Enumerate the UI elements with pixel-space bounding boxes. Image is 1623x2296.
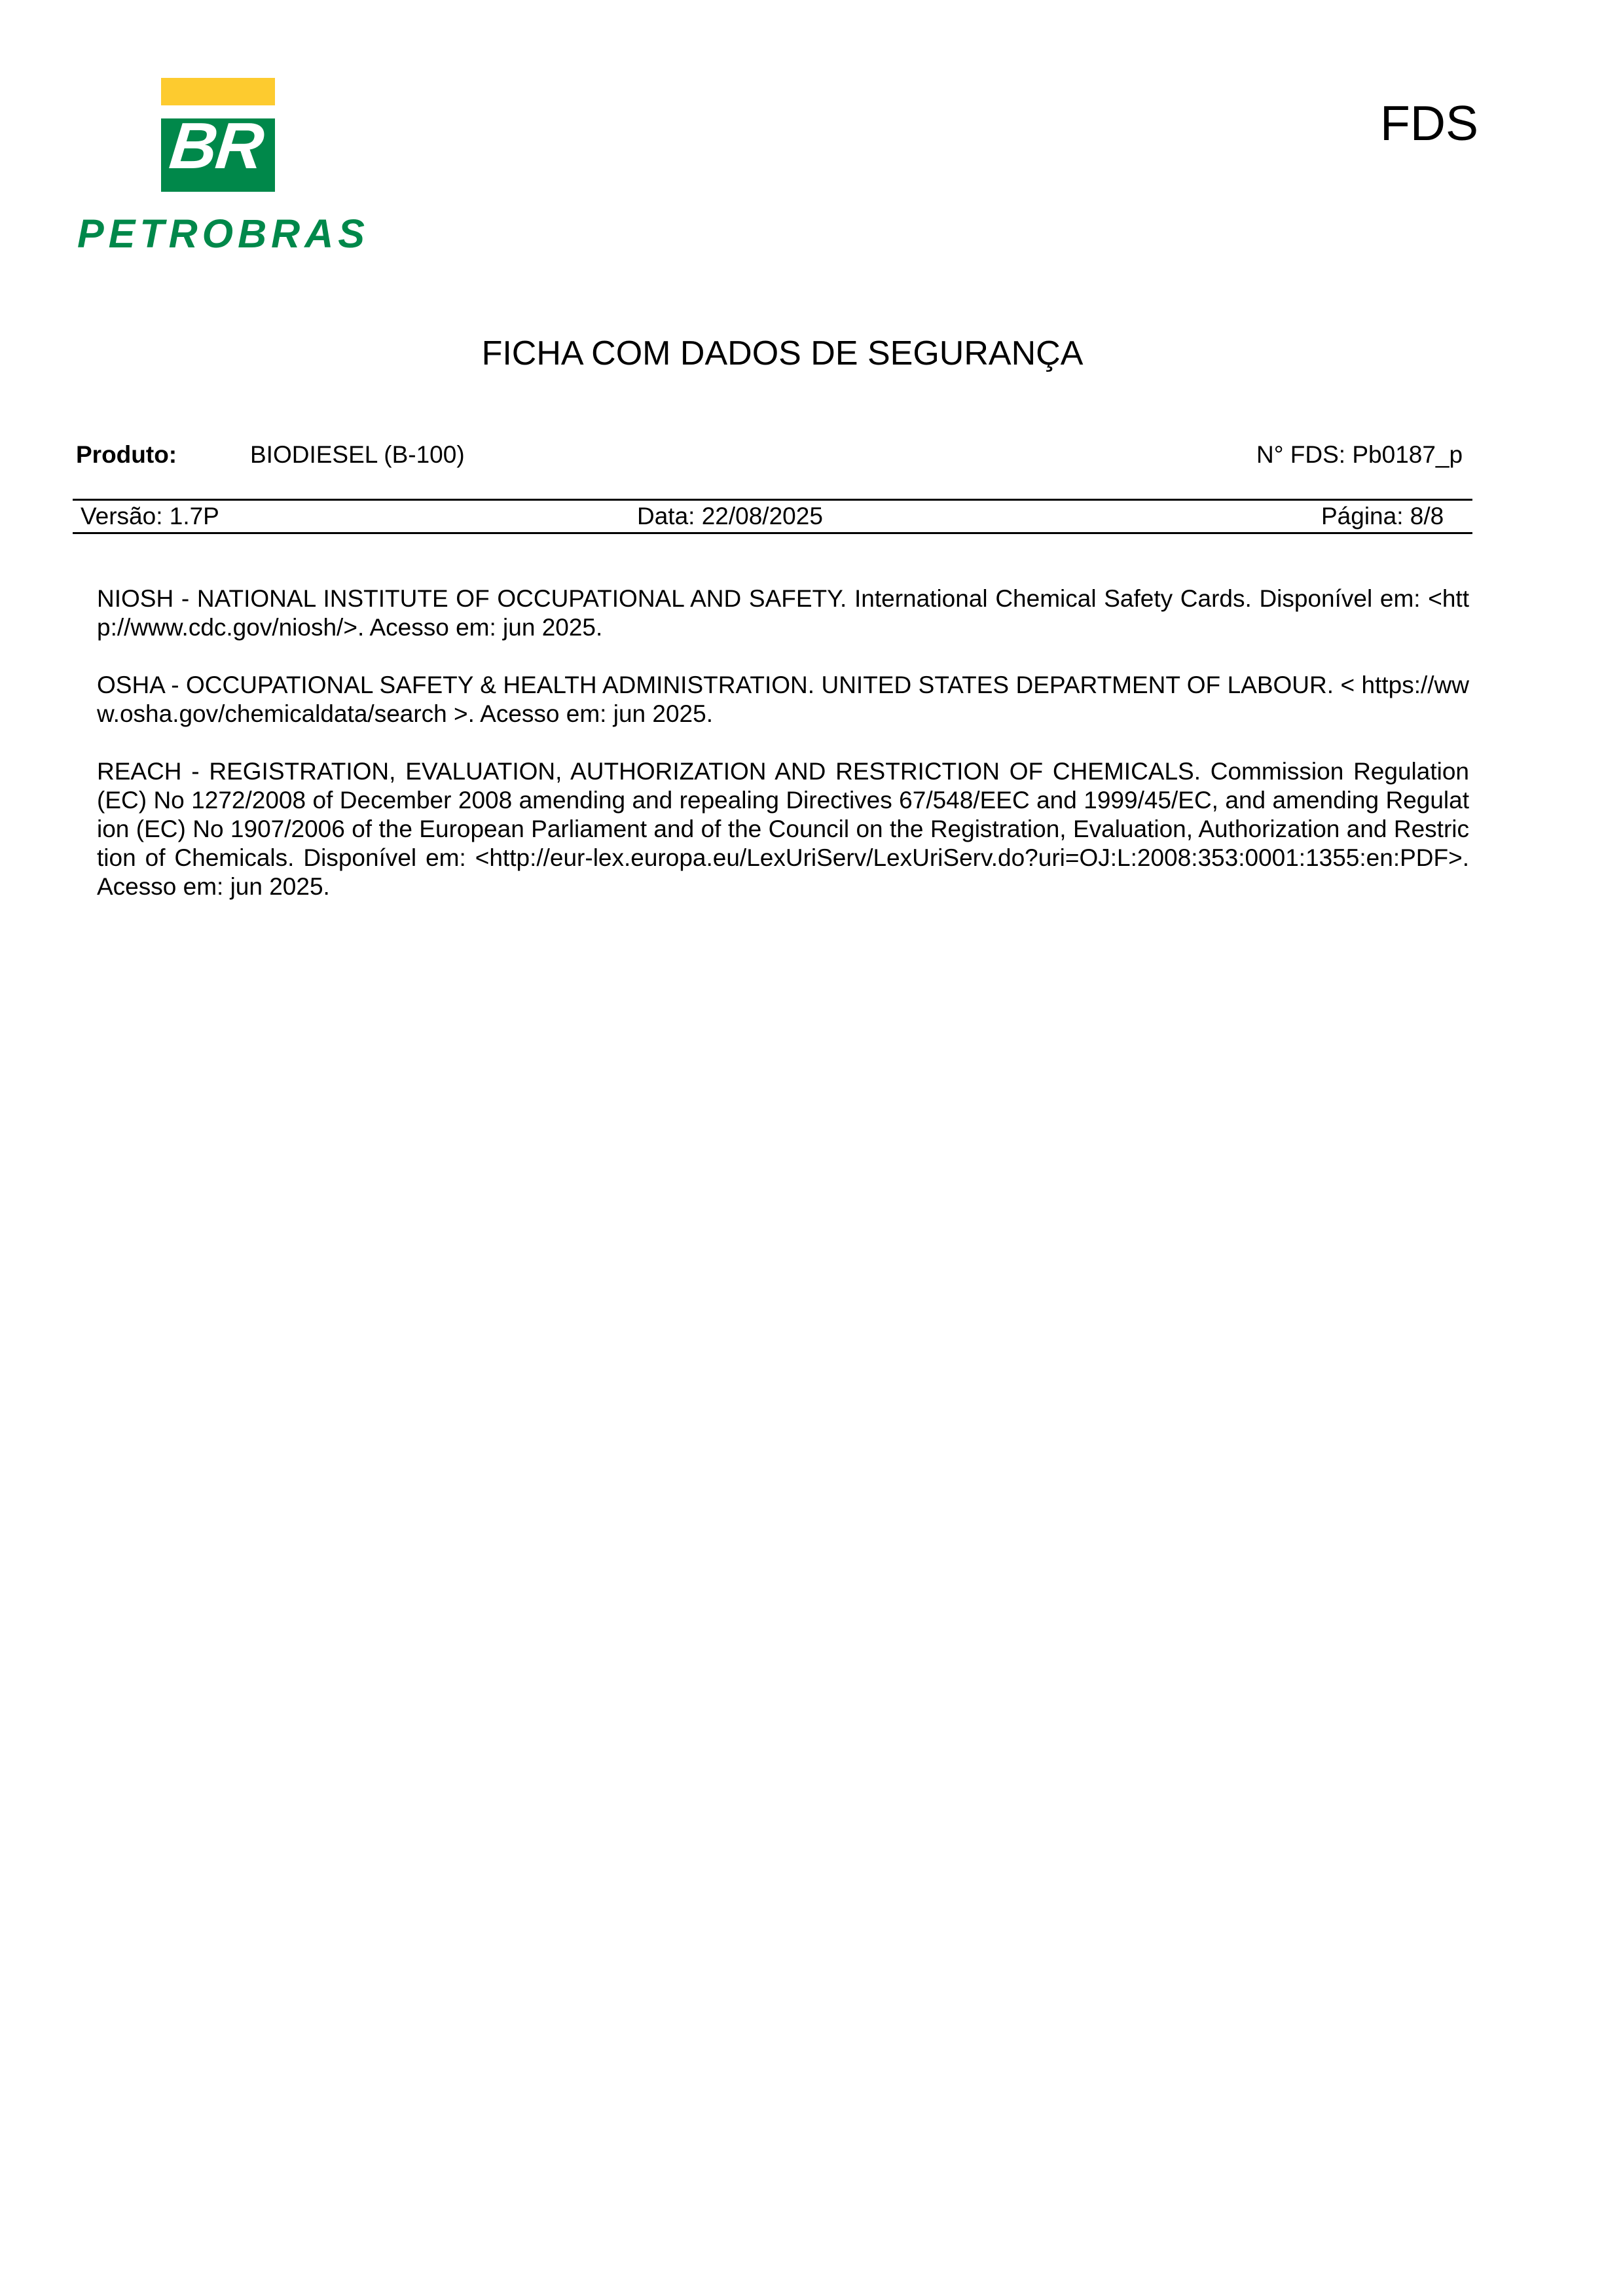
reference-reach: REACH - REGISTRATION, EVALUATION, AUTHOR… — [97, 757, 1469, 901]
info-bar-top-rule — [73, 499, 1472, 501]
date-text: Data: 22/08/2025 — [637, 502, 823, 531]
version-text: Versão: 1.7P — [81, 502, 219, 531]
fds-number: N° FDS: Pb0187_p — [1256, 440, 1463, 469]
petrobras-logo-yellow-bar — [161, 78, 275, 105]
page-title: FICHA COM DADOS DE SEGURANÇA — [0, 331, 1565, 376]
product-label: Produto: — [76, 440, 177, 469]
document-code: FDS — [1380, 94, 1478, 152]
info-bar-bottom-rule — [73, 532, 1472, 534]
petrobras-logo-green-box: BR — [161, 118, 275, 192]
product-value: BIODIESEL (B-100) — [250, 440, 465, 469]
reference-niosh: NIOSH - NATIONAL INSTITUTE OF OCCUPATION… — [97, 584, 1469, 642]
petrobras-logo-monogram: BR — [167, 118, 272, 179]
page-number-text: Página: 8/8 — [1321, 502, 1444, 531]
reference-osha: OSHA - OCCUPATIONAL SAFETY & HEALTH ADMI… — [97, 671, 1469, 728]
petrobras-logo-wordmark: PETROBRAS — [77, 211, 369, 257]
references-section: NIOSH - NATIONAL INSTITUTE OF OCCUPATION… — [97, 584, 1469, 930]
